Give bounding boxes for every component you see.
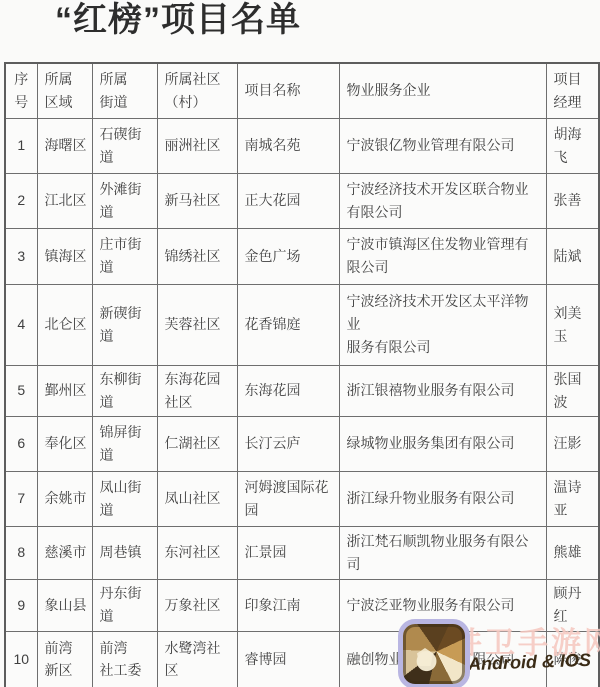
table-cell: 庄市街道 [92,228,157,284]
table-cell: 外滩街道 [92,173,157,228]
table-cell: 奉化区 [37,416,92,471]
table-cell: 顾丹红 [546,579,599,631]
table-cell: 2 [5,173,37,228]
table-cell: 南城名苑 [237,118,339,173]
table-cell: 6 [5,416,37,471]
table-row: 1海曙区石碶街道丽洲社区南城名苑宁波银亿物业管理有限公司胡海飞 [5,118,599,173]
table-cell: 丽洲社区 [157,118,237,173]
table-cell: 东海花园 [237,365,339,416]
header-cell: 物业服务企业 [339,63,546,118]
table-row: 2江北区外滩街道新马社区正大花园宁波经济技术开发区联合物业有限公司张善 [5,173,599,228]
table-cell: 张国波 [546,365,599,416]
table-cell: 8 [5,526,37,579]
table-cell: 凤山社区 [157,471,237,526]
table-cell: 余姚市 [37,471,92,526]
table-cell: 浙江梵石顺凯物业服务有限公司 [339,526,546,579]
table-cell: 石碶街道 [92,118,157,173]
table-cell: 周巷镇 [92,526,157,579]
table-cell: 9 [5,579,37,631]
table-row: 9象山县丹东街道万象社区印象江南宁波泛亚物业服务有限公司顾丹红 [5,579,599,631]
header-cell: 所属 街道 [92,63,157,118]
table-cell: 长汀云庐 [237,416,339,471]
table-cell: 新碶街道 [92,284,157,365]
table-cell: 汪影 [546,416,599,471]
table-cell: 睿博园 [237,631,339,687]
table-cell: 张善 [546,173,599,228]
table-cell: 宁波经济技术开发区太平洋物业 服务有限公司 [339,284,546,365]
table-cell: 新马社区 [157,173,237,228]
table-cell: 仁湖社区 [157,416,237,471]
table-cell: 正大花园 [237,173,339,228]
table-cell: 慈溪市 [37,526,92,579]
table-cell: 水鹭湾社区 [157,631,237,687]
table-cell: 宁波银亿物业管理有限公司 [339,118,546,173]
red-list-table: 序 号所属 区域所属 街道所属社区 （村）项目名称物业服务企业项目 经理 1海曙… [4,62,600,687]
table-cell: 宁波经济技术开发区联合物业有限公司 [339,173,546,228]
table-body: 1海曙区石碶街道丽洲社区南城名苑宁波银亿物业管理有限公司胡海飞2江北区外滩街道新… [5,118,599,687]
table-cell: 刘美玉 [546,284,599,365]
table-cell: 河姆渡国际花园 [237,471,339,526]
table-cell: 象山县 [37,579,92,631]
table-cell: 丹东街道 [92,579,157,631]
table-cell: 浙江银禧物业服务有限公司 [339,365,546,416]
table-cell: 江北区 [37,173,92,228]
table-cell: 前湾 社工委 [92,631,157,687]
header-cell: 所属 区域 [37,63,92,118]
table-cell: 万象社区 [157,579,237,631]
table-row: 8慈溪市周巷镇东河社区汇景园浙江梵石顺凯物业服务有限公司熊雄 [5,526,599,579]
table-cell: 10 [5,631,37,687]
table-cell: 宁波市镇海区住发物业管理有限公司 [339,228,546,284]
table-row: 7余姚市凤山街道凤山社区河姆渡国际花园浙江绿升物业服务有限公司温诗亚 [5,471,599,526]
table-cell: 4 [5,284,37,365]
header-row: 序 号所属 区域所属 街道所属社区 （村）项目名称物业服务企业项目 经理 [5,63,599,118]
table-row: 6奉化区锦屏街道仁湖社区长汀云庐绿城物业服务集团有限公司汪影 [5,416,599,471]
table-cell: 浙江绿升物业服务有限公司 [339,471,546,526]
table-cell: 东柳街道 [92,365,157,416]
table-cell: 温诗亚 [546,471,599,526]
table-cell: 5 [5,365,37,416]
table-cell: 凤山街道 [92,471,157,526]
table-row: 3镇海区庄市街道锦绣社区金色广场宁波市镇海区住发物业管理有限公司陆斌 [5,228,599,284]
table-cell: 1 [5,118,37,173]
table-cell: 陆斌 [546,228,599,284]
table-cell: 3 [5,228,37,284]
table-cell: 东海花园社区 [157,365,237,416]
watermark-platform-text: Android & IOS [468,650,592,675]
table-cell: 北仑区 [37,284,92,365]
gem-app-icon [398,619,470,687]
table-cell: 花香锦庭 [237,284,339,365]
page-title: “红榜”项目名单 [55,0,301,41]
table-cell: 前湾 新区 [37,631,92,687]
table-row: 5鄞州区东柳街道东海花园社区东海花园浙江银禧物业服务有限公司张国波 [5,365,599,416]
table-cell: 绿城物业服务集团有限公司 [339,416,546,471]
table-row: 4北仑区新碶街道芙蓉社区花香锦庭宁波经济技术开发区太平洋物业 服务有限公司刘美玉 [5,284,599,365]
table-cell: 锦屏街道 [92,416,157,471]
table-cell: 熊雄 [546,526,599,579]
table-cell: 汇景园 [237,526,339,579]
table-cell: 镇海区 [37,228,92,284]
table-cell: 金色广场 [237,228,339,284]
table-cell: 锦绣社区 [157,228,237,284]
table-cell: 芙蓉社区 [157,284,237,365]
table-cell: 东河社区 [157,526,237,579]
header-cell: 序 号 [5,63,37,118]
header-cell: 项目名称 [237,63,339,118]
table-cell: 海曙区 [37,118,92,173]
header-cell: 所属社区 （村） [157,63,237,118]
table-cell: 胡海飞 [546,118,599,173]
table-cell: 印象江南 [237,579,339,631]
header-cell: 项目 经理 [546,63,599,118]
table-cell: 7 [5,471,37,526]
table-cell: 鄞州区 [37,365,92,416]
